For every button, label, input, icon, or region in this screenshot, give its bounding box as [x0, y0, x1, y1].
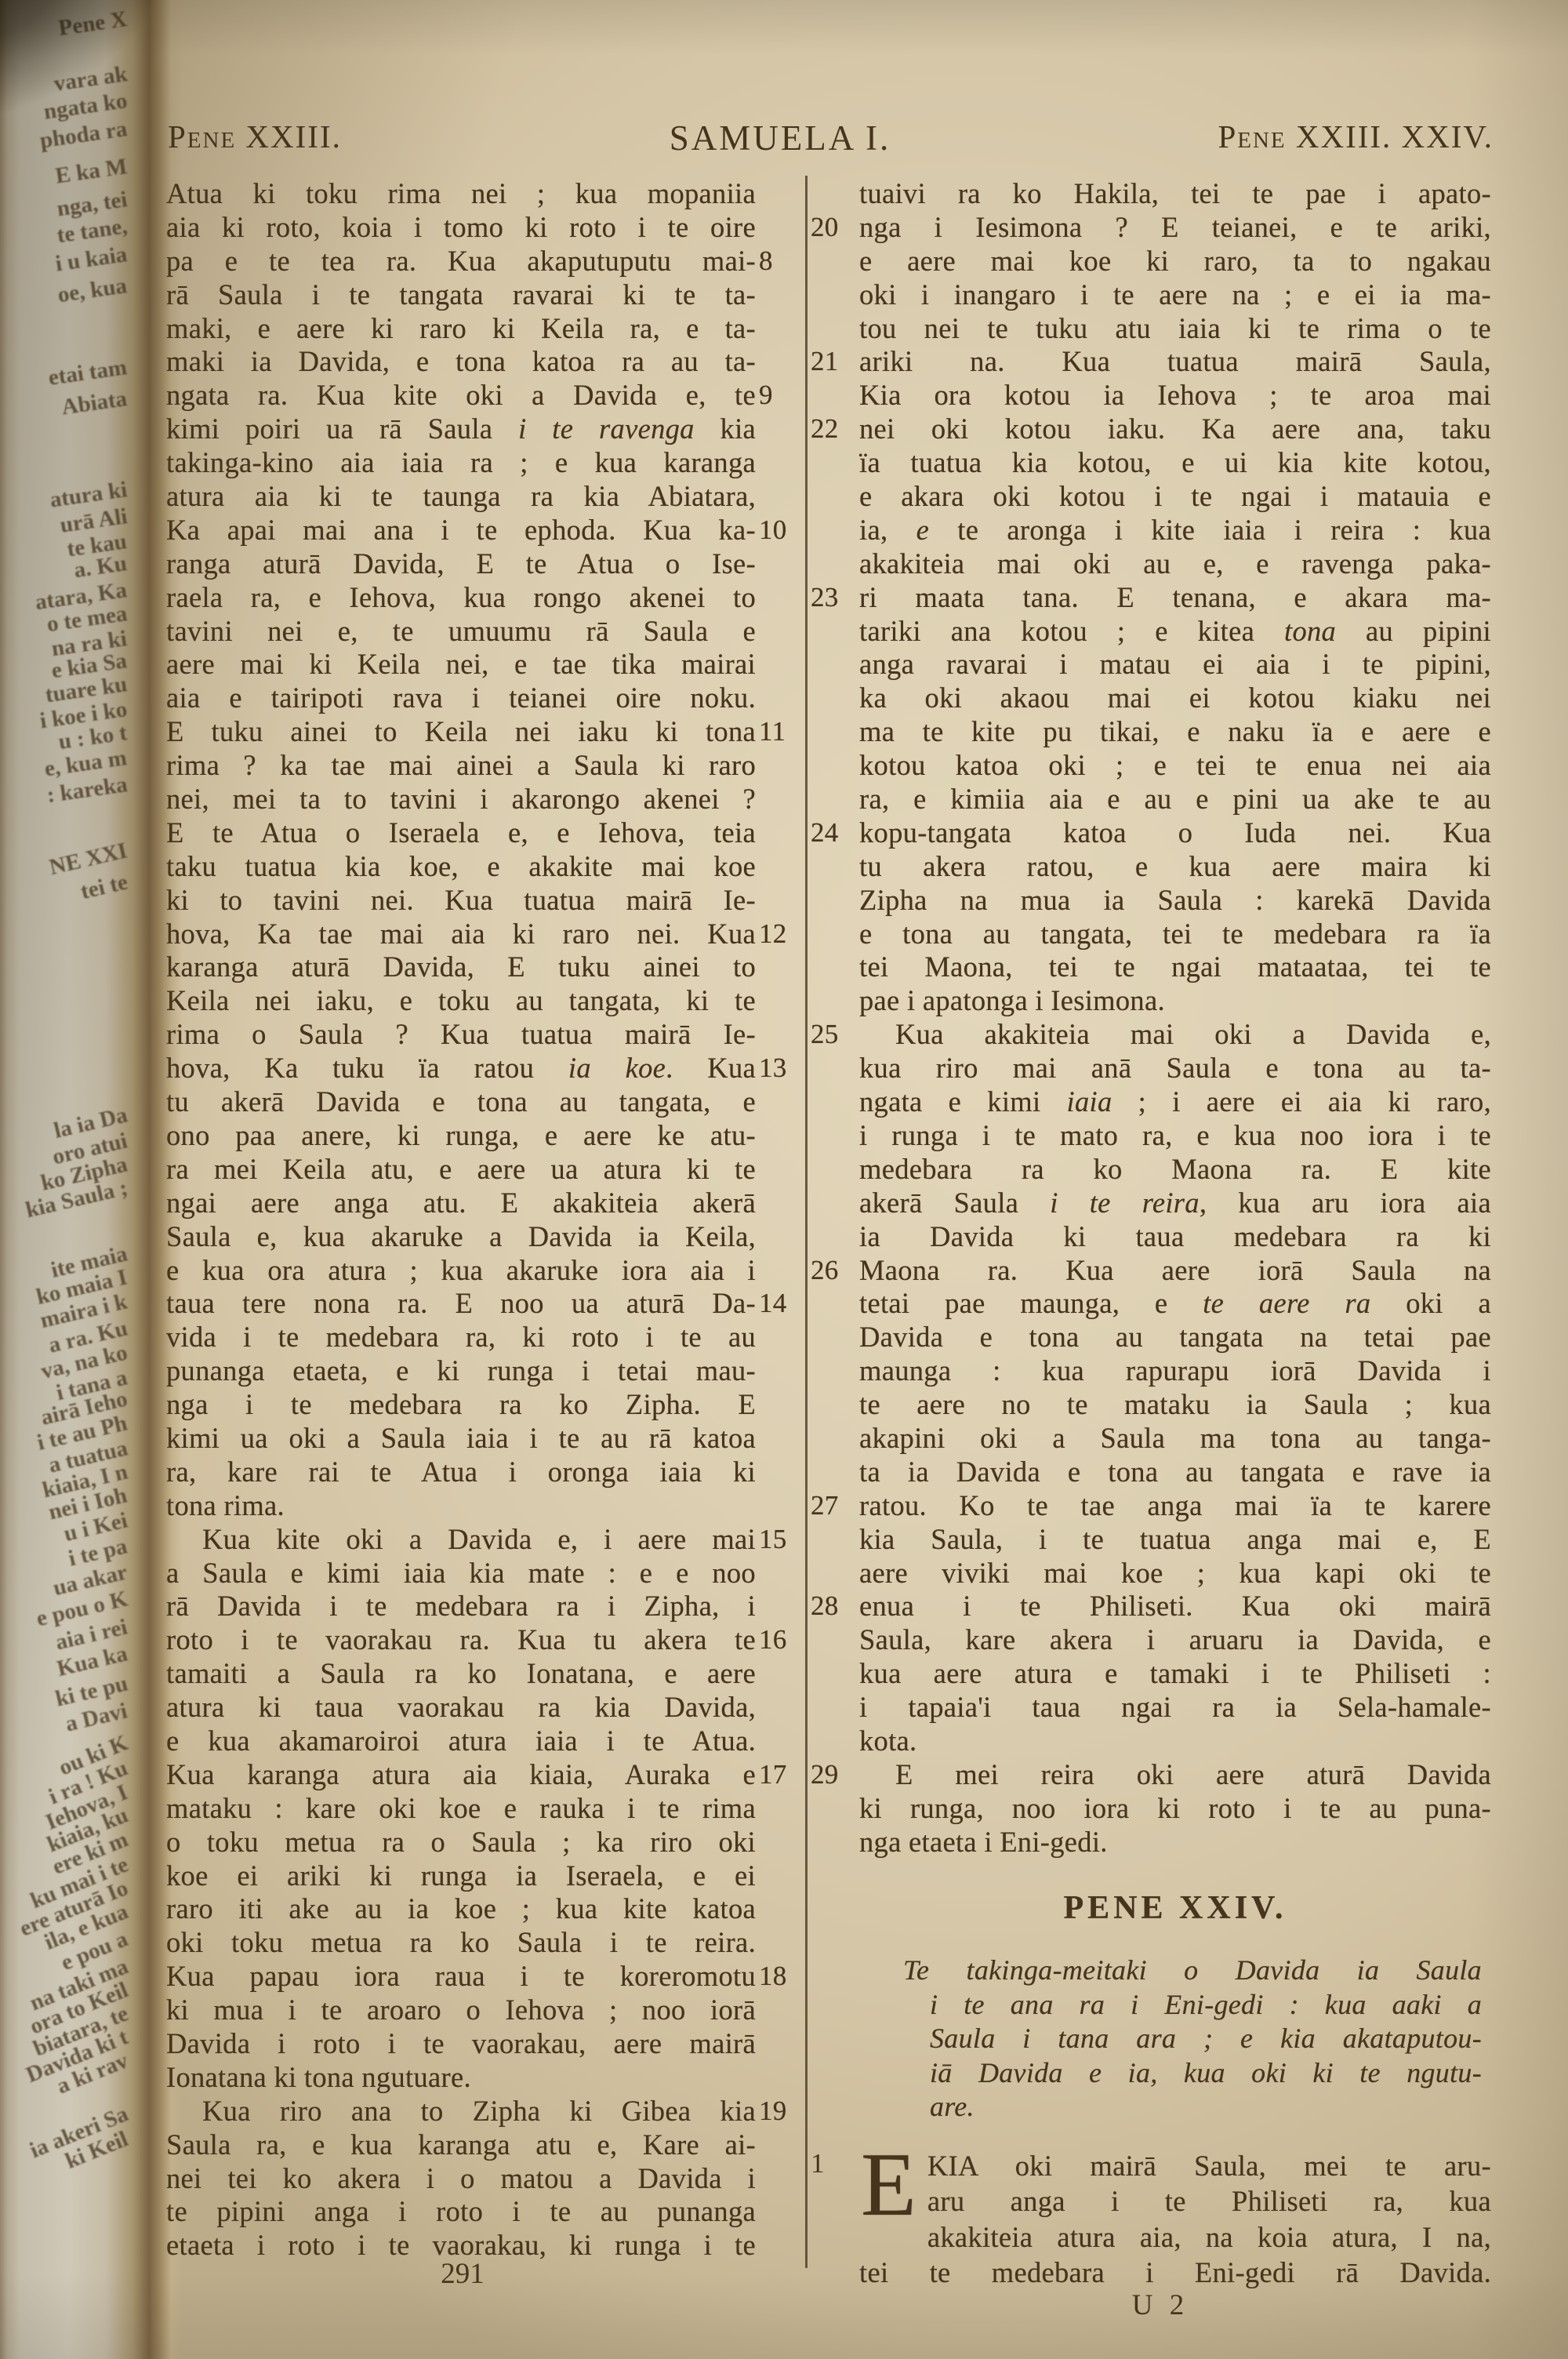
text-line: ma te kite pu tikai, e naku ïa e aere e — [859, 715, 1491, 749]
line-text: akakiteia atura aia, na koia atura, I na… — [927, 2221, 1491, 2253]
line-text: Kua papau iora raua i te koreromotu — [166, 1960, 756, 1992]
running-head-right: Pene XXIII. XXIV. — [1218, 118, 1494, 155]
text-line: Maona ra. Kua aere iorā Saula na26 — [859, 1254, 1491, 1288]
text-line: tamaiti a Saula ra ko Ionatana, e aere — [166, 1657, 756, 1691]
text-line: akapini oki a Saula ma tona au tanga- — [859, 1422, 1491, 1456]
text-line: tou nei te tuku atu iaia ki te rima o te — [859, 312, 1491, 346]
line-text: nei, mei ta to tavini i akarongo akenei … — [166, 783, 756, 815]
line-text: tou nei te tuku atu iaia ki te rima o te — [859, 312, 1491, 344]
text-line: taua tere nona ra. E noo ua aturā Da-14 — [166, 1287, 756, 1321]
text-line: kia Saula, i te tuatua anga mai e, E — [859, 1523, 1491, 1557]
text-line: nga i te medebara ra ko Zipha. E — [166, 1388, 756, 1422]
text-line: vida i te medebara ra, ki roto i te au — [166, 1321, 756, 1354]
text-line: aru anga i te Philiseti ra, kua — [859, 2183, 1491, 2219]
text-line: KIA oki mairā Saula, mei te aru- — [859, 2148, 1491, 2184]
line-text: Kua karanga atura aia kiaia, Auraka e — [166, 1758, 756, 1790]
column-divider-rule — [805, 176, 808, 2268]
text-line: Saula, kare akera i aruaru ia Davida, e — [859, 1623, 1491, 1657]
line-text: tei te medebara i Eni-gedi rā Davida. — [859, 2256, 1491, 2288]
line-text: kua aere atura e tamaki i te Philiseti : — [859, 1657, 1491, 1689]
text-line: koe ei ariki ki runga ia Iseraela, e ei — [166, 1859, 756, 1893]
verse-number: 13 — [759, 1052, 806, 1085]
text-line: nei oki kotou iaku. Ka aere ana, taku22 — [859, 413, 1491, 446]
text-line: punanga etaeta, e ki runga i tetai mau- — [166, 1354, 756, 1388]
text-line: takinga-kino aia iaia ra ; e kua karanga — [166, 446, 756, 480]
text-line: Kua kite oki a Davida e, i aere mai15 — [166, 1523, 756, 1557]
line-text: maunga : kua rapurapu iorā Davida i — [859, 1354, 1491, 1387]
line-text: ki mua i te aroaro o Iehova ; noo iorā — [166, 1994, 756, 2026]
text-line: kotou katoa oki ; e tei te enua nei aia — [859, 749, 1491, 783]
line-text: koe ei ariki ki runga ia Iseraela, e ei — [166, 1859, 756, 1892]
verse-number: 18 — [759, 1960, 806, 1994]
text-line: kimi ua oki a Saula iaia i te au rā kato… — [166, 1422, 756, 1456]
text-line: aia ki roto, koia i tomo ki roto i te oi… — [166, 211, 756, 245]
text-line: Kua papau iora raua i te koreromotu18 — [166, 1960, 756, 1994]
text-line: tona rima. — [166, 1489, 756, 1523]
text-line: tei te medebara i Eni-gedi rā Davida. — [859, 2255, 1491, 2291]
chapter-summary: Te takinga-meitaki o Davida ia Saulai te… — [859, 1954, 1491, 2125]
text-line: ki to tavini nei. Kua tuatua mairā Ie- — [166, 884, 756, 918]
line-text: kotou katoa oki ; e tei te enua nei aia — [859, 749, 1491, 781]
text-line: Davida i roto i te vaorakau, aere mairā — [166, 2027, 756, 2061]
text-line: ngata ra. Kua kite oki a Davida e, te9 — [166, 379, 756, 413]
line-text: ngai aere anga atu. E akakiteia akerā — [166, 1187, 756, 1219]
line-text: Kua riro ana to Zipha ki Gibea kia — [202, 2095, 756, 2127]
text-line: E tuku ainei to Keila nei iaku ki tona11 — [166, 715, 756, 749]
text-line: akakiteia atura aia, na koia atura, I na… — [859, 2219, 1491, 2255]
text-line: o toku metua ra o Saula ; ka riro oki — [166, 1826, 756, 1859]
verse-number: 25 — [811, 1018, 853, 1052]
text-line: aere mai ki Keila nei, e tae tika mairai — [166, 648, 756, 682]
line-text: ariki na. Kua tuatua mairā Saula, — [859, 345, 1491, 377]
line-text: ngata ra. Kua kite oki a Davida e, te — [166, 379, 756, 411]
line-text: i tapaia'i taua ngai ra ia Sela-hamale- — [859, 1691, 1491, 1723]
line-text: Ionatana ki tona ngutuare. — [166, 2061, 471, 2093]
line-text: iā Davida e ia, kua oki ki te ngutu- — [930, 2057, 1482, 2088]
line-text: Davida e tona au tangata na tetai pae — [859, 1321, 1491, 1353]
text-line: e aere mai koe ki raro, ta to ngakau — [859, 245, 1491, 278]
line-text: takinga-kino aia iaia ra ; e kua karanga — [166, 446, 756, 478]
line-text: rā Davida i te medebara ra i Zipha, i — [166, 1590, 756, 1622]
text-line: E mei reira oki aere aturā Davida29 — [859, 1758, 1491, 1792]
line-text: kopu-tangata katoa o Iuda nei. Kua — [859, 816, 1491, 849]
line-text: KIA oki mairā Saula, mei te aru- — [927, 2150, 1491, 2182]
line-text: kota. — [859, 1725, 916, 1757]
text-line: kopu-tangata katoa o Iuda nei. Kua24 — [859, 816, 1491, 850]
line-text: i runga i te mato ra, e kua noo iora i t… — [859, 1119, 1491, 1151]
line-text: aia ki roto, koia i tomo ki roto i te oi… — [166, 211, 756, 243]
text-line: oki toku metua ra ko Saula i te reira. — [166, 1926, 756, 1960]
line-text: Saula i tana ara ; e kia akataputou- — [930, 2023, 1482, 2054]
line-text: aere viviki mai koe ; kua kapi oki te — [859, 1557, 1491, 1589]
text-line: Ka apai mai ana i te ephoda. Kua ka-10 — [166, 514, 756, 547]
facing-page-text-fragment: oe, kua — [56, 273, 129, 308]
line-text: ranga aturā Davida, E te Atua o Ise- — [166, 547, 756, 580]
text-line: kota. — [859, 1725, 1491, 1758]
line-text: E tuku ainei to Keila nei iaku ki tona — [166, 715, 756, 747]
verse-number: 8 — [759, 245, 806, 278]
text-line: Atua ki toku rima nei ; kua mopaniia — [166, 177, 756, 211]
text-line: ra, e kimiia aia e au e pini ua ake te a… — [859, 783, 1491, 816]
line-text: ri maata tana. E tenana, e akara ma- — [859, 581, 1491, 613]
text-line: Saula ra, e kua karanga atu e, Kare ai- — [166, 2128, 756, 2162]
text-line: hova, Ka tae mai aia ki raro nei. Kua12 — [166, 918, 756, 951]
line-text: enua i te Philiseti. Kua oki mairā — [859, 1590, 1491, 1622]
text-line: atura aia ki te taunga ra kia Abiatara, — [166, 480, 756, 514]
line-text: kimi ua oki a Saula iaia i te au rā kato… — [166, 1422, 756, 1454]
text-line: tavini nei e, te umuumu rā Saula e — [166, 615, 756, 649]
line-text: nga etaeta i Eni-gedi. — [859, 1826, 1108, 1858]
text-line: tetai pae maunga, e te aere ra oki a — [859, 1287, 1491, 1321]
text-line: Te takinga-meitaki o Davida ia Saula — [903, 1954, 1482, 1988]
text-line: raro iti ake au ia koe ; kua kite katoa — [166, 1892, 756, 1926]
text-line: ri maata tana. E tenana, e akara ma-23 — [859, 581, 1491, 615]
line-text: tavini nei e, te umuumu rā Saula e — [166, 615, 756, 647]
line-text: vida i te medebara ra, ki roto i te au — [166, 1321, 756, 1353]
verse-number: 12 — [759, 918, 806, 951]
line-text: oki i inangaro i te aere na ; e ei ia ma… — [859, 278, 1491, 311]
line-text: Maona ra. Kua aere iorā Saula na — [859, 1254, 1491, 1286]
text-line: te pipini anga i roto i te au punanga — [166, 2195, 756, 2229]
verse-number: 14 — [759, 1287, 806, 1321]
line-text: maki ia Davida, e tona katoa ra au ta- — [166, 345, 756, 377]
line-text: tuaivi ra ko Hakila, tei te pae i apato- — [859, 177, 1491, 209]
line-text: pa e te tea ra. Kua akaputuputu mai- — [166, 245, 756, 277]
text-line: Kua karanga atura aia kiaia, Auraka e17 — [166, 1758, 756, 1792]
line-text: rima o Saula ? Kua tuatua mairā Ie- — [166, 1018, 756, 1050]
line-text: aere mai ki Keila nei, e tae tika mairai — [166, 648, 756, 680]
line-text: Saula, kare akera i aruaru ia Davida, e — [859, 1623, 1491, 1656]
line-text: Davida i roto i te vaorakau, aere mairā — [166, 2027, 756, 2059]
text-line: aia e tairipoti rava i teianei oire noku… — [166, 682, 756, 715]
text-line: are. — [903, 2090, 1482, 2125]
text-line: a Saula e kimi iaia kia mate : e e noo — [166, 1557, 756, 1590]
line-text: i te ana ra i Eni-gedi : kua aaki a — [930, 1989, 1482, 2020]
verse-number: 17 — [759, 1758, 806, 1792]
line-text: kua riro mai anā Saula e tona au ta- — [859, 1052, 1491, 1084]
line-text: Ka apai mai ana i te ephoda. Kua ka- — [166, 514, 756, 546]
line-text: ngata e kimi iaia ; i aere ei aia ki rar… — [859, 1085, 1491, 1118]
line-text: hova, Ka tae mai aia ki raro nei. Kua — [166, 918, 756, 950]
line-text: kia Saula, i te tuatua anga mai e, E — [859, 1523, 1491, 1555]
line-text: ia, e te aronga i kite iaia i reira : ku… — [859, 514, 1491, 546]
line-text: ki to tavini nei. Kua tuatua mairā Ie- — [166, 884, 756, 916]
verse-number: 24 — [811, 816, 853, 850]
line-text: ki runga, noo iora ki roto i te au puna- — [859, 1792, 1491, 1824]
line-text: ia Davida ki taua medebara ra ki — [859, 1220, 1491, 1252]
line-text: mataku : kare oki koe e rauka i te rima — [166, 1792, 756, 1824]
line-text: a Saula e kimi iaia kia mate : e e noo — [166, 1557, 756, 1589]
verse-number: 22 — [811, 413, 853, 446]
line-text: Kia ora kotou ia Iehova ; te aroa mai — [859, 379, 1491, 411]
line-text: tei Maona, tei te ngai mataataa, tei te — [859, 951, 1491, 983]
line-text: akakiteia mai oki au e, e ravenga paka- — [859, 547, 1491, 580]
line-text: ta ia Davida e tona au tangata e rave ia — [859, 1456, 1491, 1488]
text-line: atura ki taua vaorakau ra kia Davida, — [166, 1691, 756, 1725]
text-line: ki runga, noo iora ki roto i te au puna- — [859, 1792, 1491, 1826]
line-text: e kua ora atura ; kua akaruke iora aia i — [166, 1254, 756, 1286]
line-text: roto i te vaorakau ra. Kua tu akera te — [166, 1623, 756, 1656]
line-text: ma te kite pu tikai, e naku ïa e aere e — [859, 715, 1491, 747]
line-text: Kua akakiteia mai oki a Davida e, — [895, 1018, 1491, 1050]
line-text: akapini oki a Saula ma tona au tanga- — [859, 1422, 1491, 1454]
text-line: mataku : kare oki koe e rauka i te rima — [166, 1792, 756, 1826]
verse-number: 29 — [811, 1758, 853, 1792]
text-line: medebara ra ko Maona ra. E kite — [859, 1153, 1491, 1187]
text-line: raela ra, e Iehova, kua rongo akenei to — [166, 581, 756, 615]
text-line: kua riro mai anā Saula e tona au ta- — [859, 1052, 1491, 1085]
text-line: nei tei ko akera i o matou a Davida i — [166, 2162, 756, 2196]
text-line: karanga aturā Davida, E tuku ainei to — [166, 951, 756, 984]
line-text: tamaiti a Saula ra ko Ionatana, e aere — [166, 1657, 756, 1689]
line-text: ïa tuatua kia kotou, e ui kia kite kotou… — [859, 446, 1491, 478]
right-column-verses: tuaivi ra ko Hakila, tei te pae i apato-… — [859, 177, 1491, 1859]
line-text: taku tuatua kia koe, e akakite mai koe — [166, 850, 756, 882]
text-line: nga i Iesimona ? E teianei, e te ariki,2… — [859, 211, 1491, 245]
text-line: Saula e, kua akaruke a Davida ia Keila, — [166, 1220, 756, 1254]
right-column: tuaivi ra ko Hakila, tei te pae i apato-… — [859, 177, 1491, 2291]
facing-page-text-fragment: Pene X — [57, 6, 129, 42]
line-text: e aere mai koe ki raro, ta to ngakau — [859, 245, 1491, 277]
line-text: e akara oki kotou i te ngai i matauia e — [859, 480, 1491, 512]
line-text: ka oki akaou mai ei kotou kiaku nei — [859, 682, 1491, 714]
line-text: tariki ana kotou ; e kitea tona au pipin… — [859, 615, 1491, 647]
line-text: Saula e, kua akaruke a Davida ia Keila, — [166, 1220, 756, 1252]
text-line: tariki ana kotou ; e kitea tona au pipin… — [859, 615, 1491, 649]
line-text: tu akera ratou, e kua aere maira ki — [859, 850, 1491, 882]
text-line: Davida e tona au tangata na tetai pae — [859, 1321, 1491, 1354]
line-text: E mei reira oki aere aturā Davida — [895, 1758, 1491, 1790]
printer-signature: U 2 — [1132, 2288, 1189, 2322]
text-line: hova, Ka tuku ïa ratou ia koe. Kua13 — [166, 1052, 756, 1085]
verse-number: 23 — [811, 581, 853, 615]
text-line: Zipha na mua ia Saula : karekā Davida — [859, 884, 1491, 918]
line-text: ra, e kimiia aia e au e pini ua ake te a… — [859, 783, 1491, 815]
line-text: taua tere nona ra. E noo ua aturā Da- — [166, 1287, 756, 1319]
text-line: akerā Saula i te reira, kua aru iora aia — [859, 1187, 1491, 1220]
text-line: Kua akakiteia mai oki a Davida e,25 — [859, 1018, 1491, 1052]
running-head-left: Pene XXIII. — [168, 118, 342, 155]
verse-number: 1 — [811, 2148, 853, 2179]
text-line: iā Davida e ia, kua oki ki te ngutu- — [903, 2056, 1482, 2091]
verse-number: 19 — [759, 2095, 806, 2128]
line-text: tetai pae maunga, e te aere ra oki a — [859, 1287, 1491, 1319]
line-text: Zipha na mua ia Saula : karekā Davida — [859, 884, 1491, 916]
facing-page-text-fragment: Abiata — [60, 386, 129, 420]
text-line: kua aere atura e tamaki i te Philiseti : — [859, 1657, 1491, 1691]
line-text: nei tei ko akera i o matou a Davida i — [166, 2162, 756, 2194]
text-line: tei Maona, tei te ngai mataataa, tei te — [859, 951, 1491, 984]
verse-number: 15 — [759, 1523, 806, 1557]
text-line: anga ravarai i matau ei aia i te pipini, — [859, 648, 1491, 682]
line-text: raela ra, e Iehova, kua rongo akenei to — [166, 581, 756, 613]
facing-page-text-fragment: E ka M — [54, 154, 129, 189]
line-text: punanga etaeta, e ki runga i tetai mau- — [166, 1354, 756, 1387]
text-line: taku tuatua kia koe, e akakite mai koe — [166, 850, 756, 884]
text-line: maunga : kua rapurapu iorā Davida i — [859, 1354, 1491, 1388]
verse-number: 26 — [811, 1254, 853, 1288]
verse-number: 28 — [811, 1590, 853, 1623]
text-line: tu akerā Davida e tona au tangata, e — [166, 1085, 756, 1119]
line-text: tu akerā Davida e tona au tangata, e — [166, 1085, 756, 1118]
line-text: nga i te medebara ra ko Zipha. E — [166, 1388, 756, 1420]
line-text: o toku metua ra o Saula ; ka riro oki — [166, 1826, 756, 1858]
line-text: tona rima. — [166, 1489, 285, 1521]
text-line: pae i apatonga i Iesimona. — [859, 984, 1491, 1018]
verse-one-lines: KIA oki mairā Saula, mei te aru-aru anga… — [859, 2148, 1491, 2291]
text-line: ïa tuatua kia kotou, e ui kia kite kotou… — [859, 446, 1491, 480]
text-line: ranga aturā Davida, E te Atua o Ise- — [166, 547, 756, 581]
text-line: e kua ora atura ; kua akaruke iora aia i — [166, 1254, 756, 1288]
line-text: nga i Iesimona ? E teianei, e te ariki, — [859, 211, 1491, 243]
verse-number: 10 — [759, 514, 806, 547]
line-text: rima ? ka tae mai ainei a Saula ki raro — [166, 749, 756, 781]
running-head-title: SAMUELA I. — [670, 118, 891, 158]
text-line: i runga i te mato ra, e kua noo iora i t… — [859, 1119, 1491, 1153]
verse-number: 16 — [759, 1623, 806, 1657]
line-text: maki, e aere ki raro ki Keila ra, e ta- — [166, 312, 756, 344]
line-text: pae i apatonga i Iesimona. — [859, 984, 1165, 1016]
line-text: te aere no te mataku ia Saula ; kua — [859, 1388, 1491, 1420]
left-column: Atua ki toku rima nei ; kua mopaniiaaia … — [166, 177, 756, 2263]
text-line: nga etaeta i Eni-gedi. — [859, 1826, 1491, 1859]
line-text: akerā Saula i te reira, kua aru iora aia — [859, 1187, 1491, 1219]
line-text: raro iti ake au ia koe ; kua kite katoa — [166, 1892, 756, 1925]
line-text: e tona au tangata, tei te medebara ra ïa — [859, 918, 1491, 950]
page-number: 291 — [441, 2257, 485, 2291]
line-text: medebara ra ko Maona ra. E kite — [859, 1153, 1491, 1185]
verse-number: 27 — [811, 1489, 853, 1523]
text-line: Ionatana ki tona ngutuare. — [166, 2061, 756, 2095]
line-text: Atua ki toku rima nei ; kua mopaniia — [166, 177, 756, 209]
line-text: ratou. Ko te tae anga mai ïa te karere — [859, 1489, 1491, 1521]
line-text: anga ravarai i matau ei aia i te pipini, — [859, 648, 1491, 680]
chapter-heading: PENE XXIV. — [859, 1889, 1491, 1927]
text-line: ratou. Ko te tae anga mai ïa te karere27 — [859, 1489, 1491, 1523]
text-line: rā Saula i te tangata ravarai ki te ta- — [166, 278, 756, 312]
text-line: pa e te tea ra. Kua akaputuputu mai-8 — [166, 245, 756, 278]
line-text: rā Saula i te tangata ravarai ki te ta- — [166, 278, 756, 311]
text-line: ia Davida ki taua medebara ra ki — [859, 1220, 1491, 1254]
text-line: ka oki akaou mai ei kotou kiaku nei — [859, 682, 1491, 715]
line-text: E te Atua o Iseraela e, e Iehova, teia — [166, 816, 756, 849]
facing-page-text-fragment: etai tam — [47, 354, 129, 391]
text-line: tu akera ratou, e kua aere maira ki — [859, 850, 1491, 884]
text-line: e kua akamaroiroi atura iaia i te Atua. — [166, 1725, 756, 1758]
text-line: Kia ora kotou ia Iehova ; te aroa mai — [859, 379, 1491, 413]
text-line: rā Davida i te medebara ra i Zipha, i — [166, 1590, 756, 1623]
text-line: ki mua i te aroaro o Iehova ; noo iorā — [166, 1994, 756, 2027]
text-line: roto i te vaorakau ra. Kua tu akera te16 — [166, 1623, 756, 1657]
line-text: are. — [930, 2091, 975, 2122]
text-line: tuaivi ra ko Hakila, tei te pae i apato- — [859, 177, 1491, 211]
line-text: nei oki kotou iaku. Ka aere ana, taku — [859, 413, 1491, 445]
line-text: hova, Ka tuku ïa ratou ia koe. Kua — [166, 1052, 756, 1084]
text-line: kimi poiri ua rā Saula i te ravenga kia — [166, 413, 756, 446]
text-line: ariki na. Kua tuatua mairā Saula,21 — [859, 345, 1491, 379]
book-page: Pene Xvara akngata kophoda raE ka Mnga, … — [0, 0, 1568, 2359]
text-line: ngata e kimi iaia ; i aere ei aia ki rar… — [859, 1085, 1491, 1119]
text-line: rima o Saula ? Kua tuatua mairā Ie- — [166, 1018, 756, 1052]
text-line: E te Atua o Iseraela e, e Iehova, teia — [166, 816, 756, 850]
text-line: ono paa anere, ki runga, e aere ke atu- — [166, 1119, 756, 1153]
text-line: te aere no te mataku ia Saula ; kua — [859, 1388, 1491, 1422]
text-line: e akara oki kotou i te ngai i matauia e — [859, 480, 1491, 514]
text-line: ia, e te aronga i kite iaia i reira : ku… — [859, 514, 1491, 547]
verse-number: 11 — [759, 715, 806, 749]
text-line: nei, mei ta to tavini i akarongo akenei … — [166, 783, 756, 816]
line-text: atura ki taua vaorakau ra kia Davida, — [166, 1691, 756, 1723]
text-line: ngai aere anga atu. E akakiteia akerā — [166, 1187, 756, 1220]
line-text: aia e tairipoti rava i teianei oire noku… — [166, 682, 756, 714]
verse-one: 1 E KIA oki mairā Saula, mei te aru-aru … — [859, 2148, 1491, 2291]
verse-number: 21 — [811, 345, 853, 379]
text-line: i te ana ra i Eni-gedi : kua aaki a — [903, 1988, 1482, 2023]
line-text: te pipini anga i roto i te au punanga — [166, 2195, 756, 2227]
line-text: ono paa anere, ki runga, e aere ke atu- — [166, 1119, 756, 1151]
line-text: e kua akamaroiroi atura iaia i te Atua. — [166, 1725, 756, 1757]
line-text: atura aia ki te taunga ra kia Abiatara, — [166, 480, 756, 512]
left-page-edge: Pene Xvara akngata kophoda raE ka Mnga, … — [0, 0, 182, 2359]
text-line: Kua riro ana to Zipha ki Gibea kia19 — [166, 2095, 756, 2128]
verse-number: 9 — [759, 379, 806, 413]
text-line: ra mei Keila atu, e aere ua atura ki te — [166, 1153, 756, 1187]
line-text: Kua kite oki a Davida e, i aere mai — [202, 1523, 756, 1555]
text-line: i tapaia'i taua ngai ra ia Sela-hamale- — [859, 1691, 1491, 1725]
text-line: maki ia Davida, e tona katoa ra au ta- — [166, 345, 756, 379]
text-line: e tona au tangata, tei te medebara ra ïa — [859, 918, 1491, 951]
text-line: enua i te Philiseti. Kua oki mairā28 — [859, 1590, 1491, 1623]
line-text: Te takinga-meitaki o Davida ia Saula — [903, 1954, 1482, 1986]
text-line: Keila nei iaku, e toku au tangata, ki te — [166, 984, 756, 1018]
line-text: ra mei Keila atu, e aere ua atura ki te — [166, 1153, 756, 1185]
line-text: Saula ra, e kua karanga atu e, Kare ai- — [166, 2128, 756, 2161]
verse-number: 20 — [811, 211, 853, 245]
line-text: ra, kare rai te Atua i oronga iaia ki — [166, 1456, 756, 1488]
facing-page-text-fragment: tei te — [78, 869, 129, 905]
text-line: oki i inangaro i te aere na ; e ei ia ma… — [859, 278, 1491, 312]
line-text: Keila nei iaku, e toku au tangata, ki te — [166, 984, 756, 1016]
text-line: akakiteia mai oki au e, e ravenga paka- — [859, 547, 1491, 581]
line-text: kimi poiri ua rā Saula i te ravenga kia — [166, 413, 756, 445]
text-line: ta ia Davida e tona au tangata e rave ia — [859, 1456, 1491, 1489]
text-line: maki, e aere ki raro ki Keila ra, e ta- — [166, 312, 756, 346]
text-line: aere viviki mai koe ; kua kapi oki te — [859, 1557, 1491, 1590]
text-line: Saula i tana ara ; e kia akataputou- — [903, 2022, 1482, 2056]
line-text: oki toku metua ra ko Saula i te reira. — [166, 1926, 756, 1958]
line-text: aru anga i te Philiseti ra, kua — [927, 2185, 1491, 2217]
text-line: ra, kare rai te Atua i oronga iaia ki — [166, 1456, 756, 1489]
text-line: rima ? ka tae mai ainei a Saula ki raro — [166, 749, 756, 783]
line-text: karanga aturā Davida, E tuku ainei to — [166, 951, 756, 983]
